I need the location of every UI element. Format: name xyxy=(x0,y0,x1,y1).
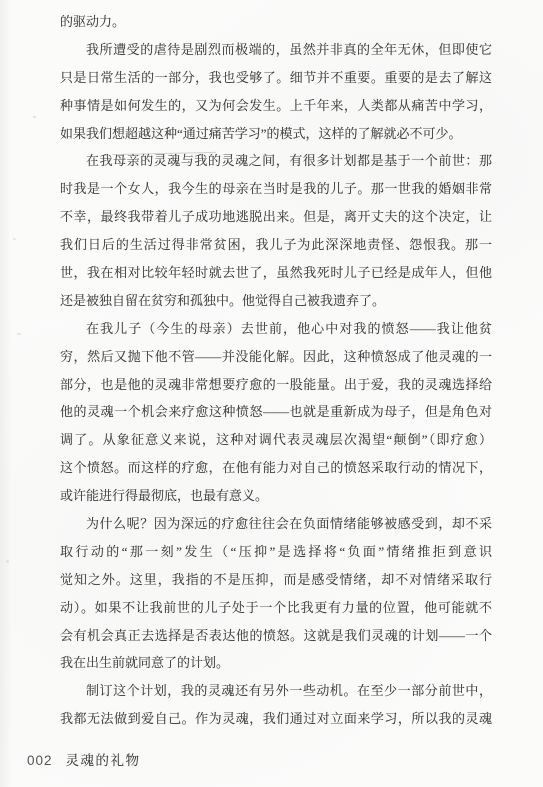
paragraph: 在我儿子（今生的母亲）去世前，他心中对我的愤怒——我让他贫穷，然后又抛下他不管—… xyxy=(60,315,492,510)
text-line: 在我母亲的灵魂与我的灵魂之间，有很多计划都是基于一个前世：那 xyxy=(60,147,492,175)
text-line: 会有机会真正去选择是否表达他的愤怒。这就是我们灵魂的计划——一个 xyxy=(60,622,492,650)
paragraph: 为什么呢？因为深远的疗愈往往会在负面情绪能够被感受到，却不采取行动的“那一刻”发… xyxy=(60,510,492,677)
scan-artifact xyxy=(33,116,36,118)
text-line: 我都无法做到爱自己。作为灵魂，我们通过对立面来学习，所以我的灵魂 xyxy=(60,705,492,733)
text-line: 为什么呢？因为深远的疗愈往往会在负面情绪能够被感受到，却不采 xyxy=(60,510,492,538)
paragraph: 我所遭受的虐待是剧烈而极端的，虽然并非真的全年无休，但即使它只是日常生活的一部分… xyxy=(60,36,492,148)
text-line: 种事情是如何发生的，又为何会发生。上千年来，人类都从痛苦中学习， xyxy=(60,92,492,120)
paragraph: 在我母亲的灵魂与我的灵魂之间，有很多计划都是基于一个前世：那时我是一个女人，我今… xyxy=(60,147,492,314)
text-line: 这个愤怒。而这样的疗愈，在他有能力对自己的愤怒采取行动的情况下， xyxy=(60,454,492,482)
scan-artifact xyxy=(6,560,9,563)
text-line: 部分，也是他的灵魂非常想要疗愈的一股能量。出于爱，我的灵魂选择给 xyxy=(60,371,492,399)
text-line: 我在出生前就同意了的计划。 xyxy=(60,649,492,677)
text-line: 在我儿子（今生的母亲）去世前，他心中对我的愤怒——我让他贫 xyxy=(60,315,492,343)
scan-artifact xyxy=(17,333,21,335)
text-line: 我所遭受的虐待是剧烈而极端的，虽然并非真的全年无休，但即使它 xyxy=(60,36,492,64)
text-line: 他的灵魂一个机会来疗愈这种愤怒——也就是重新成为母子，但是角色对 xyxy=(60,398,492,426)
text-line: 世，我在相对比较年轻时就去世了，虽然我死时儿子已经是成年人，但他 xyxy=(60,259,492,287)
page-text-block: 的驱动力。我所遭受的虐待是剧烈而极端的，虽然并非真的全年无休，但即使它只是日常生… xyxy=(60,8,492,733)
text-line: 我们日后的生活过得非常贫困，我儿子为此深深地责怪、怨恨我。那一 xyxy=(60,231,492,259)
scan-artifact xyxy=(13,238,16,240)
paragraph: 的驱动力。 xyxy=(60,8,492,36)
text-line: 穷，然后又抛下他不管——并没能化解。因此，这种愤怒成了他灵魂的一 xyxy=(60,343,492,371)
scan-edge-shadow xyxy=(0,0,12,787)
text-line: 动）。如果不让我前世的儿子处于一个比我更有力量的位置，他可能就不 xyxy=(60,594,492,622)
text-line: 调了。从象征意义来说，这种对调代表灵魂层次渴望“颠倒”（即疗愈） xyxy=(60,426,492,454)
page-number: 002 xyxy=(27,753,53,768)
text-line: 还是被独自留在贫穷和孤独中。他觉得自己被我遗弃了。 xyxy=(60,287,492,315)
text-line: 或许能进行得最彻底，也最有意义。 xyxy=(60,482,492,510)
scanned-page: 的驱动力。我所遭受的虐待是剧烈而极端的，虽然并非真的全年无休，但即使它只是日常生… xyxy=(0,0,543,787)
paragraph: 制订这个计划，我的灵魂还有另外一些动机。在至少一部分前世中，我都无法做到爱自己。… xyxy=(60,677,492,733)
text-line: 只是日常生活的一部分，我也受够了。细节并不重要。重要的是去了解这 xyxy=(60,64,492,92)
text-line: 制订这个计划，我的灵魂还有另外一些动机。在至少一部分前世中， xyxy=(60,677,492,705)
book-title: 灵魂的礼物 xyxy=(66,749,141,769)
text-line: 时我是一个女人，我今生的母亲在当时是我的儿子。那一世我的婚姻非常 xyxy=(60,175,492,203)
text-line: 不幸，最终我带着儿子成功地逃脱出来。但是，离开丈夫的这个决定，让 xyxy=(60,203,492,231)
text-line: 的驱动力。 xyxy=(60,8,492,36)
text-line: 如果我们想超越这种“通过痛苦学习”的模式，这样的了解就必不可少。 xyxy=(60,120,492,148)
text-line: 觉知之外。这里，我指的不是压抑，而是感受情绪，却不对情绪采取行 xyxy=(60,566,492,594)
text-line: 取行动的“那一刻”发生（“压抑”是选择将“负面”情绪推拒到意识 xyxy=(60,538,492,566)
page-footer: 002 灵魂的礼物 xyxy=(27,749,141,769)
